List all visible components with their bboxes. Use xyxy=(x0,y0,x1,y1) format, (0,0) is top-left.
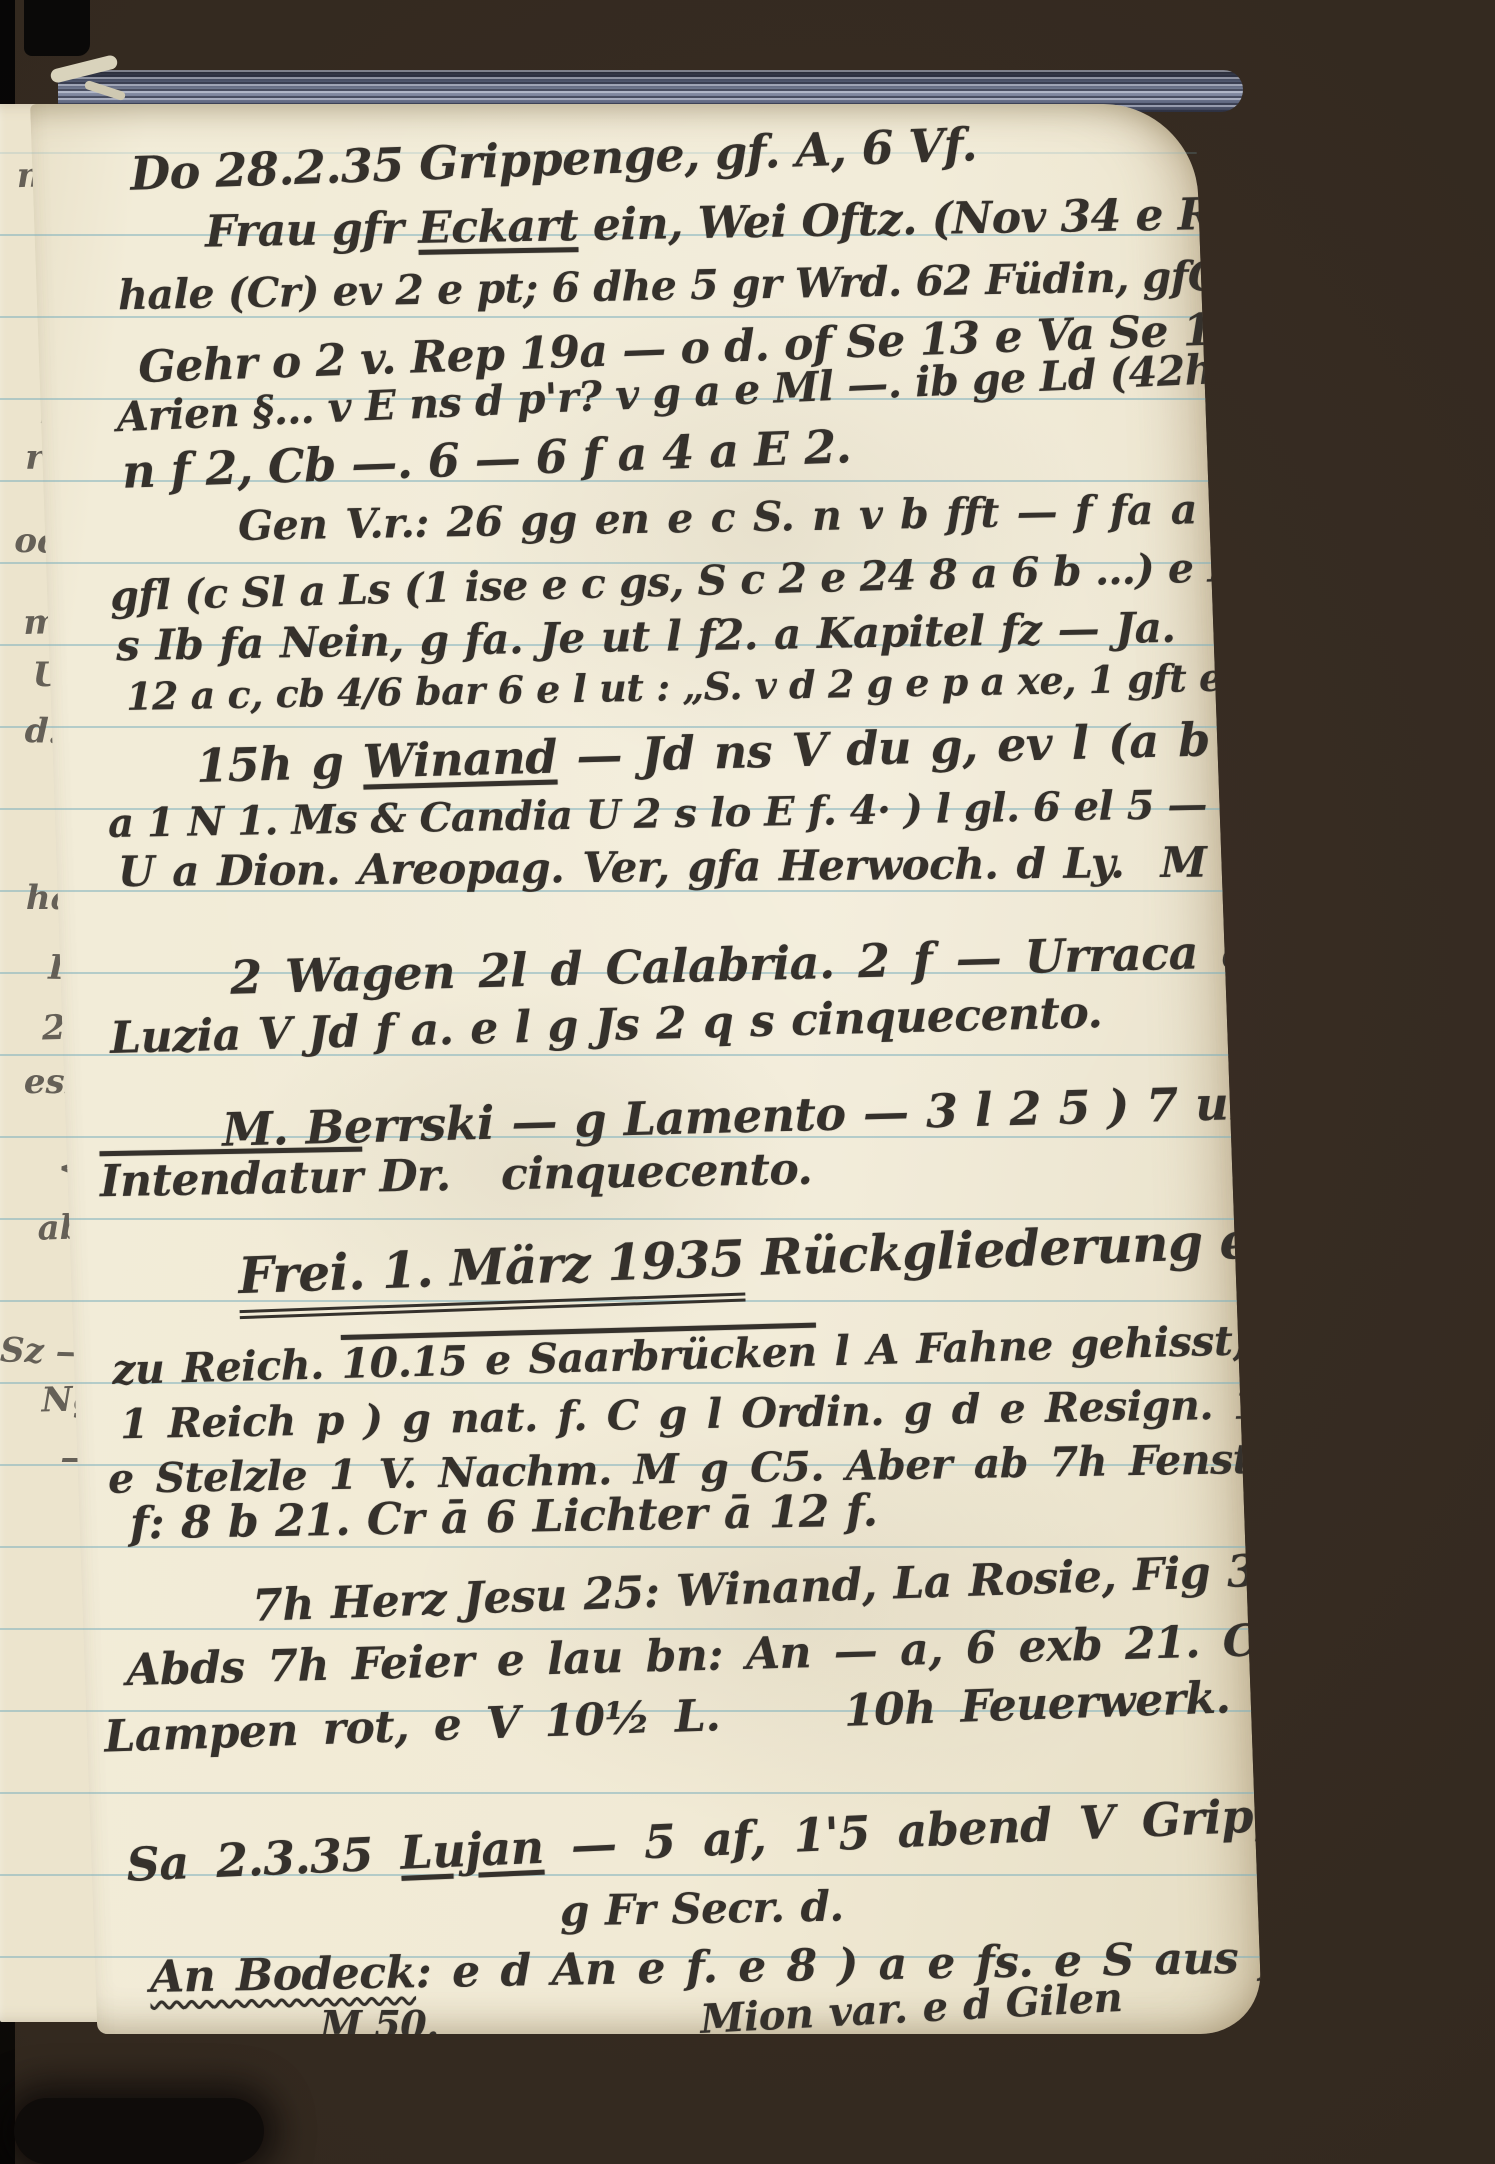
handwriting-text: 2 Wagen 2l d Calabria. 2 f — Urraca a d … xyxy=(229,921,1262,1004)
handwriting-text: Do 28.2.35 Grippenge, gf. A, 6 Vf. xyxy=(129,117,977,201)
emphasized-word: Winand xyxy=(362,730,558,789)
handwriting-text: — Jd ns V du g, ev l (a b t a f xyxy=(556,709,1262,783)
handwriting-line: 15h g Winand — Jd ns V du g, ev l (a b t… xyxy=(195,709,1262,793)
emphasized-word: Frei. 1. März 1935 xyxy=(237,1229,745,1320)
handwriting-text: U a Dion. Areopag. Ver, gfa Herwoch. d L… xyxy=(118,837,1263,896)
photo-frame: nur—ge.Ep.sigeruss.och 2mu—USz,d: Hi20jh… xyxy=(0,0,1495,2164)
emphasized-word: Lujan xyxy=(399,1820,544,1880)
handwriting-text: Dr. cinquecento. xyxy=(362,1144,812,1203)
handwriting-text: Gen V.r.: 26 gg en e c S. n v b fft — f … xyxy=(238,482,1263,550)
handwriting-line: Sa 2.3.35 Lujan — 5 af, 1'5 abend V Grip… xyxy=(125,1786,1262,1892)
handwriting-text: Frau gfr xyxy=(205,203,419,258)
spine-top-notch xyxy=(24,0,90,56)
emphasized-word: 10.15 e Saarbrücken xyxy=(341,1328,817,1388)
handwriting-line: M 50. xyxy=(320,2002,439,2034)
handwriting-text: — 5 af, 1'5 abend V Grippe xyxy=(542,1786,1262,1874)
handwriting-line: Frau gfr Eckart ein, Wei Oftz. (Nov 34 e… xyxy=(205,185,1263,257)
bottom-shadow xyxy=(14,2098,264,2164)
handwriting-line: U a Dion. Areopag. Ver, gfa Herwoch. d L… xyxy=(118,837,1263,896)
handwriting-line: Gen V.r.: 26 gg en e c S. n v b fft — f … xyxy=(238,482,1263,550)
handwriting-text: Rückgliederung e Saar xyxy=(743,1206,1262,1288)
handwriting-line: g Fr Secr. d. xyxy=(560,1882,844,1936)
emphasized-word: An Bodeck xyxy=(150,1947,416,2003)
handwriting-text: M 50. xyxy=(320,2002,439,2034)
handwriting-text: zu Reich. xyxy=(112,1340,343,1394)
handwriting-text: g Fr Secr. d. xyxy=(560,1882,844,1936)
handwriting-text: ein, Wei Oftz. (Nov 34 e Reichen— xyxy=(578,185,1263,251)
handwriting-line: zu Reich. 10.15 e Saarbrücken l A Fahne … xyxy=(112,1314,1263,1394)
handwriting-text: 15h g xyxy=(195,735,363,793)
handwriting-line: Do 28.2.35 Grippenge, gf. A, 6 Vf. xyxy=(129,117,977,201)
handwriting-line: Frei. 1. März 1935 Rückgliederung e Saar xyxy=(237,1206,1262,1305)
handwriting-layer: Do 28.2.35 Grippenge, gf. A, 6 Vf.Frau g… xyxy=(30,104,1262,2034)
emphasized-word: Intendatur xyxy=(100,1152,364,1208)
handwriting-text: l A Fahne gehisst, g 2 xyxy=(816,1314,1262,1376)
emphasized-word: Eckart xyxy=(418,200,579,254)
handwriting-line: 2 Wagen 2l d Calabria. 2 f — Urraca a d … xyxy=(229,921,1262,1004)
handwriting-line: Intendatur Dr. cinquecento. xyxy=(100,1144,813,1207)
handwriting-text: Sa 2.3.35 xyxy=(125,1826,401,1892)
